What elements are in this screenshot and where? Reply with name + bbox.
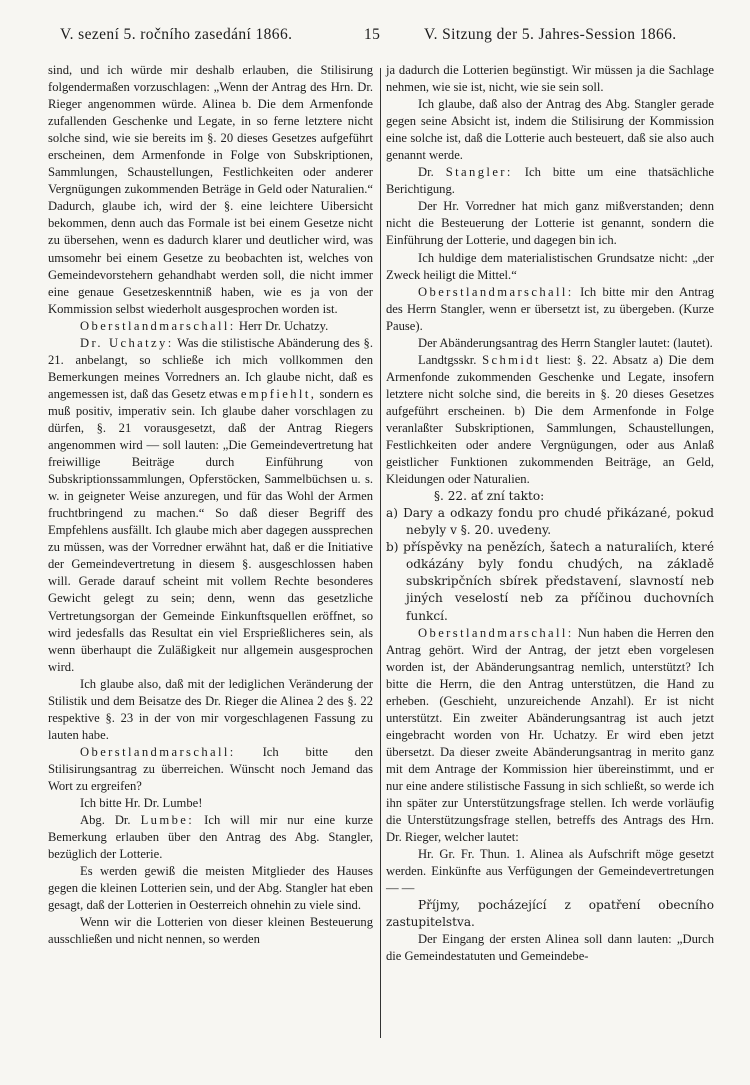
paragraph: Es werden gewiß die meisten Mitglieder d… xyxy=(48,863,373,914)
paragraph: Der Hr. Vorredner hat mich ganz mißverst… xyxy=(386,198,714,249)
czech-item-b: b) příspěvky na penězích, šatech a natur… xyxy=(386,539,714,624)
emphasized-word: empfiehlt, xyxy=(241,387,316,401)
speaker-title: Abg. Dr. xyxy=(80,813,131,827)
speaker-name: Schmidt xyxy=(482,353,541,367)
speaker-paragraph: Oberstlandmarschall: Nun haben die Herre… xyxy=(386,625,714,847)
page-number: 15 xyxy=(364,26,380,44)
speaker-paragraph: Abg. Dr. Lumbe: Ich will mir nur eine ku… xyxy=(48,812,373,863)
speech-text: Ich bitte um eine thatsächliche Berichti… xyxy=(386,165,714,196)
czech-paragraph: Příjmy, pocházející z opatření obecního … xyxy=(386,897,714,931)
speaker-paragraph: Landtgsskr. Schmidt liest: §. 22. Absatz… xyxy=(386,352,714,488)
paragraph: Ich bitte Hr. Dr. Lumbe! xyxy=(48,795,373,812)
speaker-paragraph: Dr. Stangler: Ich bitte um eine thatsäch… xyxy=(386,164,714,198)
speaker-name: Lumbe: xyxy=(141,813,195,827)
speaker-paragraph: Oberstlandmarschall: Ich bitte mir den A… xyxy=(386,284,714,335)
speaker-name: Oberstlandmarschall: xyxy=(418,285,574,299)
speaker-paragraph: Dr. Uchatzy: Was die stilistische Abände… xyxy=(48,335,373,676)
speaker-name: Oberstlandmarschall: xyxy=(418,626,574,640)
speaker-paragraph: Oberstlandmarschall: Herr Dr. Uchatzy. xyxy=(48,318,373,335)
speaker-paragraph: Oberstlandmarschall: Ich bitte den Stili… xyxy=(48,744,373,795)
paragraph: ja dadurch die Lotterien begünstigt. Wir… xyxy=(386,62,714,96)
running-header: V. sezení 5. ročního zasedání 1866. 15 V… xyxy=(52,26,690,48)
speaker-name: Stangler: xyxy=(446,165,513,179)
speaker-name: Oberstlandmarschall: xyxy=(80,319,236,333)
right-column: ja dadurch die Lotterien begünstigt. Wir… xyxy=(386,62,714,965)
paragraph: Der Eingang der ersten Alinea soll dann … xyxy=(386,931,714,965)
czech-section-heading: §. 22. ať zní takto: xyxy=(386,488,714,505)
speech-text: liest: §. 22. Absatz a) Die dem Armenfon… xyxy=(386,353,714,486)
paragraph: Hr. Gr. Fr. Thun. 1. Alinea als Aufschri… xyxy=(386,846,714,897)
speech-text: Nun haben die Herren den Antrag gehört. … xyxy=(386,626,714,845)
paragraph: Ich glaube also, daß mit der lediglichen… xyxy=(48,676,373,744)
speaker-name: Dr. Uchatzy: xyxy=(80,336,174,350)
paragraph: Ich glaube, daß also der Antrag des Abg.… xyxy=(386,96,714,164)
left-column: sind, und ich würde mir deshalb erlauben… xyxy=(48,62,373,948)
czech-item-a: a) Dary a odkazy fondu pro chudé přikáza… xyxy=(386,505,714,539)
column-divider xyxy=(380,68,381,1038)
paragraph: Ich huldige dem materialistischen Grunds… xyxy=(386,250,714,284)
speech-text: Herr Dr. Uchatzy. xyxy=(239,319,328,333)
speaker-title: Landtgsskr. xyxy=(418,353,476,367)
paragraph: Wenn wir die Lotterien von dieser kleine… xyxy=(48,914,373,948)
speaker-name: Oberstlandmarschall: xyxy=(80,745,236,759)
header-german-title: V. Sitzung der 5. Jahres-Session 1866. xyxy=(424,26,677,44)
speaker-title: Dr. xyxy=(418,165,434,179)
paragraph: sind, und ich würde mir deshalb erlauben… xyxy=(48,62,373,318)
paragraph: Der Abänderungsantrag des Herrn Stangler… xyxy=(386,335,714,352)
header-czech-title: V. sezení 5. ročního zasedání 1866. xyxy=(60,26,292,44)
speech-text: sondern es muß positiv, imperativ sein. … xyxy=(48,387,373,674)
